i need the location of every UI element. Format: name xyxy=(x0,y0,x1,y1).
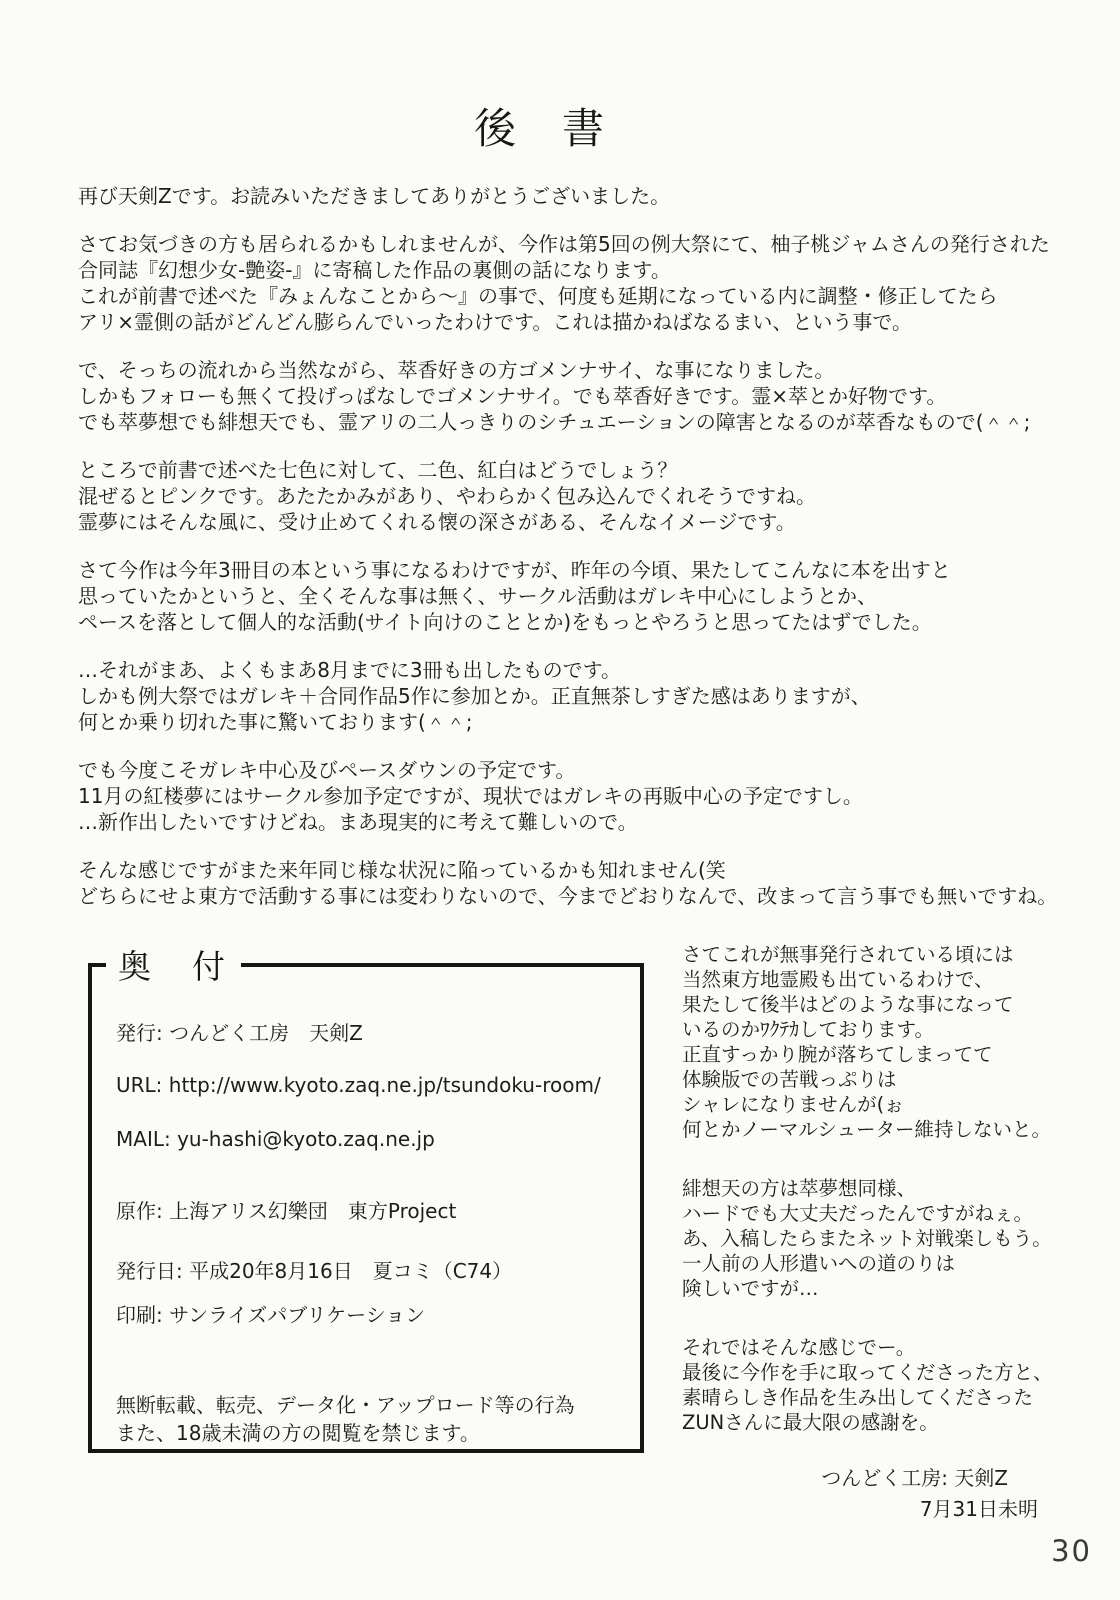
text-line: 一人前の人形遣いへの道のりは xyxy=(682,1251,1102,1276)
text-line: しかも例大祭ではガレキ＋合同作品5作に参加とか。正直無茶しすぎた感はありますが、 xyxy=(78,683,1068,709)
text-line: 合同誌『幻想少女-艶姿-』に寄稿した作品の裏側の話になります。 xyxy=(78,257,1068,283)
text-line: さてお気づきの方も居られるかもしれませんが、今作は第5回の例大祭にて、柚子桃ジャ… xyxy=(78,231,1068,257)
text-line: いるのかﾜｸﾃｶしております。 xyxy=(682,1017,1102,1042)
text-line: 11月の紅楼夢にはサークル参加予定ですが、現状ではガレキの再販中心の予定ですし。 xyxy=(78,783,1068,809)
colophon-original-work: 原作: 上海アリス幻樂団 東方Project xyxy=(116,1199,640,1223)
page-title: 後 書 xyxy=(0,96,1080,156)
colophon-url: URL: http://www.kyoto.zaq.ne.jp/tsundoku… xyxy=(116,1073,640,1097)
text-line: ハードでも大丈夫だったんですがねぇ。 xyxy=(682,1201,1102,1226)
text-line: 再び天剣Zです。お読みいただきましてありがとうございました。 xyxy=(78,183,1068,209)
text-line: ところで前書で述べた七色に対して、二色、紅白はどうでしょう？ xyxy=(78,457,1068,483)
text-line: 無断転載、転売、データ化・アップロード等の行為 xyxy=(116,1391,640,1419)
text-line: さてこれが無事発行されている頃には xyxy=(682,942,1102,967)
paragraph: 再び天剣Zです。お読みいただきましてありがとうございました。 xyxy=(78,183,1068,209)
paragraph: でも今度こそガレキ中心及びペースダウンの予定です。11月の紅楼夢にはサークル参加… xyxy=(78,757,1068,835)
text-line: ZUNさんに最大限の感謝を。 xyxy=(682,1410,1102,1435)
text-line: そんな感じですがまた来年同じ様な状況に陥っているかも知れません(笑 xyxy=(78,857,1068,883)
text-line: 正直すっかり腕が落ちてしまってて xyxy=(682,1042,1102,1067)
text-line: 何とかノーマルシューター維持しないと。 xyxy=(682,1117,1102,1142)
text-line: どちらにせよ東方で活動する事には変わりないので、今までどおりなんで、改まって言う… xyxy=(78,883,1068,909)
colophon-publisher: 発行: つんどく工房 天剣Z xyxy=(116,1021,640,1045)
text-line: 思っていたかというと、全くそんな事は無く、サークル活動はガレキ中心にしようとか、 xyxy=(78,583,1068,609)
text-line: さて今作は今年3冊目の本という事になるわけですが、昨年の今頃、果たしてこんなに本… xyxy=(78,557,1068,583)
text-line: また、18歳未満の方の閲覧を禁じます。 xyxy=(116,1419,640,1447)
paragraph: さてこれが無事発行されている頃には当然東方地霊殿も出ているわけで、果たして後半は… xyxy=(682,942,1102,1142)
paragraph: …それがまあ、よくもまあ8月までに3冊も出したものです。しかも例大祭ではガレキ＋… xyxy=(78,657,1068,735)
text-line: 最後に今作を手に取ってくださった方と、 xyxy=(682,1360,1102,1385)
text-line: ペースを落として個人的な活動(サイト向けのこととか)をもっとやろうと思ってたはず… xyxy=(78,609,1068,635)
afterword-text: 再び天剣Zです。お読みいただきましてありがとうございました。 さてお気づきの方も… xyxy=(78,183,1068,931)
colophon-printer: 印刷: サンライズパブリケーション xyxy=(116,1303,640,1327)
colophon-mail: MAIL: yu-hashi@kyoto.zaq.ne.jp xyxy=(116,1127,640,1151)
page-number: 30 xyxy=(1051,1534,1092,1568)
text-line: 何とか乗り切れた事に驚いております(＾＾; xyxy=(78,709,1068,735)
paragraph: さて今作は今年3冊目の本という事になるわけですが、昨年の今頃、果たしてこんなに本… xyxy=(78,557,1068,635)
paragraph: で、そっちの流れから当然ながら、萃香好きの方ゴメンナサイ、な事になりました。しか… xyxy=(78,357,1068,435)
text-line: で、そっちの流れから当然ながら、萃香好きの方ゴメンナサイ、な事になりました。 xyxy=(78,357,1068,383)
text-line: …それがまあ、よくもまあ8月までに3冊も出したものです。 xyxy=(78,657,1068,683)
text-line: あ、入稿したらまたネット対戦楽しもう。 xyxy=(682,1226,1102,1251)
colophon-body: 発行: つんどく工房 天剣Z URL: http://www.kyoto.zaq… xyxy=(92,967,640,1447)
colophon-publication-date: 発行日: 平成20年8月16日 夏コミ（C74） xyxy=(116,1259,640,1283)
paragraph: さてお気づきの方も居られるかもしれませんが、今作は第5回の例大祭にて、柚子桃ジャ… xyxy=(78,231,1068,335)
text-line: …新作出したいですけどね。まあ現実的に考えて難しいので。 xyxy=(78,809,1068,835)
text-line: 緋想天の方は萃夢想同様、 xyxy=(682,1176,1102,1201)
colophon-notice: 無断転載、転売、データ化・アップロード等の行為また、18歳未満の方の閲覧を禁じま… xyxy=(116,1391,640,1447)
text-line: 険しいですが… xyxy=(682,1276,1102,1301)
text-line: しかもフォローも無くて投げっぱなしでゴメンナサイ。でも萃香好きです。霊×萃とか好… xyxy=(78,383,1068,409)
text-line: 果たして後半はどのような事になって xyxy=(682,992,1102,1017)
paragraph: ところで前書で述べた七色に対して、二色、紅白はどうでしょう？混ぜるとピンクです。… xyxy=(78,457,1068,535)
paragraph: そんな感じですがまた来年同じ様な状況に陥っているかも知れません(笑どちらにせよ東… xyxy=(78,857,1068,909)
paragraph: 緋想天の方は萃夢想同様、ハードでも大丈夫だったんですがねぇ。あ、入稿したらまたネ… xyxy=(682,1176,1102,1301)
signature-date: 7月31日未明 xyxy=(920,1493,1038,1522)
signature-credit: つんどく工房: 天剣Z xyxy=(821,1462,1008,1491)
text-line: 素晴らしき作品を生み出してくださった xyxy=(682,1385,1102,1410)
paragraph: それではそんな感じでー。最後に今作を手に取ってくださった方と、素晴らしき作品を生… xyxy=(682,1335,1102,1435)
text-line: でも萃夢想でも緋想天でも、霊アリの二人っきりのシチュエーションの障害となるのが萃… xyxy=(78,409,1068,435)
side-column-text: さてこれが無事発行されている頃には当然東方地霊殿も出ているわけで、果たして後半は… xyxy=(682,942,1102,1469)
text-line: これが前書で述べた『みょんなことから～』の事で、何度も延期になっている内に調整・… xyxy=(78,283,1068,309)
text-line: 当然東方地霊殿も出ているわけで、 xyxy=(682,967,1102,992)
text-line: でも今度こそガレキ中心及びペースダウンの予定です。 xyxy=(78,757,1068,783)
text-line: シャレになりませんが(ぉ xyxy=(682,1092,1102,1117)
text-line: アリ×霊側の話がどんどん膨らんでいったわけです。これは描かねばなるまい、という事… xyxy=(78,309,1068,335)
colophon-title: 奥 付 xyxy=(106,941,241,988)
text-line: それではそんな感じでー。 xyxy=(682,1335,1102,1360)
text-line: 霊夢にはそんな風に、受け止めてくれる懐の深さがある、そんなイメージです。 xyxy=(78,509,1068,535)
text-line: 混ぜるとピンクです。あたたかみがあり、やわらかく包み込んでくれそうですね。 xyxy=(78,483,1068,509)
colophon-box: 奥 付 発行: つんどく工房 天剣Z URL: http://www.kyoto… xyxy=(88,963,644,1453)
text-line: 体験版での苦戦っぷりは xyxy=(682,1067,1102,1092)
afterword-page: 後 書 再び天剣Zです。お読みいただきましてありがとうございました。 さてお気づ… xyxy=(0,0,1120,1600)
